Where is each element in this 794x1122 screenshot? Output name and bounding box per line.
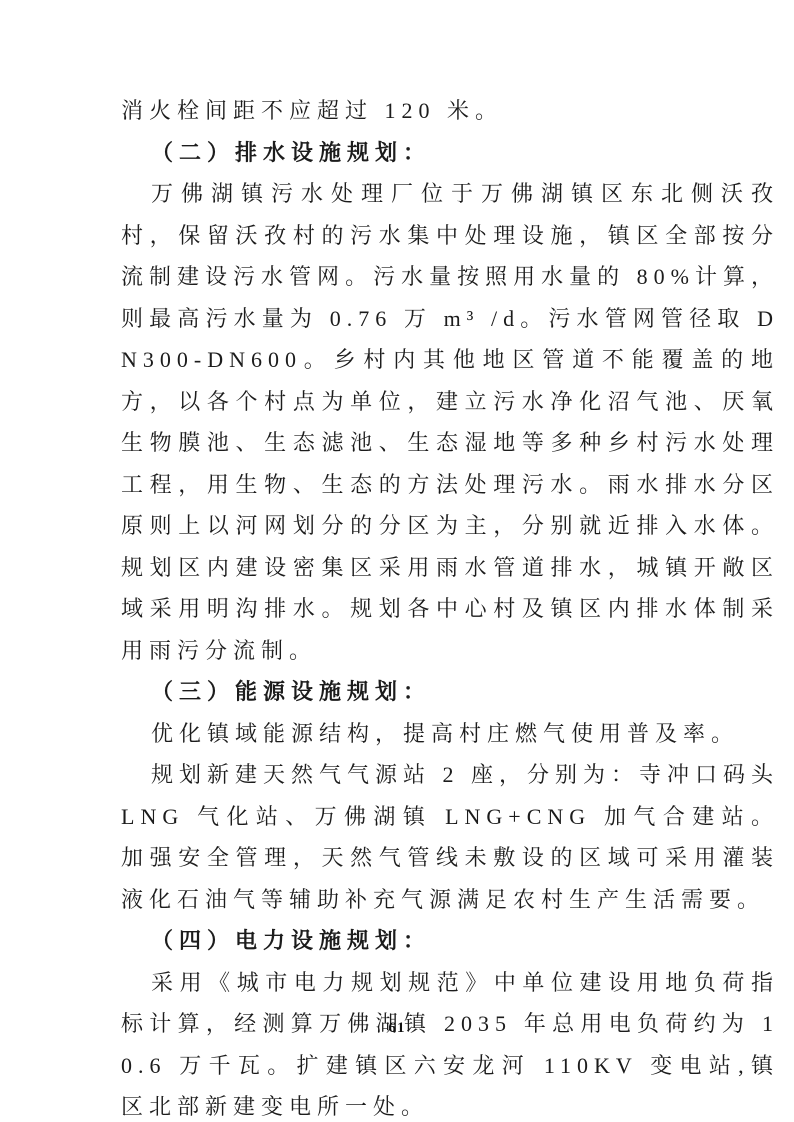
section-heading-electric-power: （四）电力设施规划： [121, 920, 779, 962]
paragraph-continuation: 消火栓间距不应超过 120 米。 [121, 90, 779, 132]
section-heading-drainage: （二）排水设施规划： [121, 132, 779, 174]
paragraph-gas-stations: 规划新建天然气气源站 2 座，分别为：寺冲口码头 LNG 气化站、万佛湖镇 LN… [121, 754, 779, 920]
document-page: 消火栓间距不应超过 120 米。 （二）排水设施规划： 万佛湖镇污水处理厂位于万… [0, 0, 794, 1122]
section-heading-energy: （三）能源设施规划： [121, 671, 779, 713]
document-text-block: 消火栓间距不应超过 120 米。 （二）排水设施规划： 万佛湖镇污水处理厂位于万… [121, 90, 779, 1122]
paragraph-energy-structure: 优化镇域能源结构，提高村庄燃气使用普及率。 [121, 713, 779, 755]
paragraph-electric-power: 采用《城市电力规划规范》中单位建设用地负荷指标计算，经测算万佛湖镇 2035 年… [121, 962, 779, 1122]
page-number: 61 [0, 1020, 794, 1037]
paragraph-drainage: 万佛湖镇污水处理厂位于万佛湖镇区东北侧沃孜村，保留沃孜村的污水集中处理设施，镇区… [121, 173, 779, 671]
